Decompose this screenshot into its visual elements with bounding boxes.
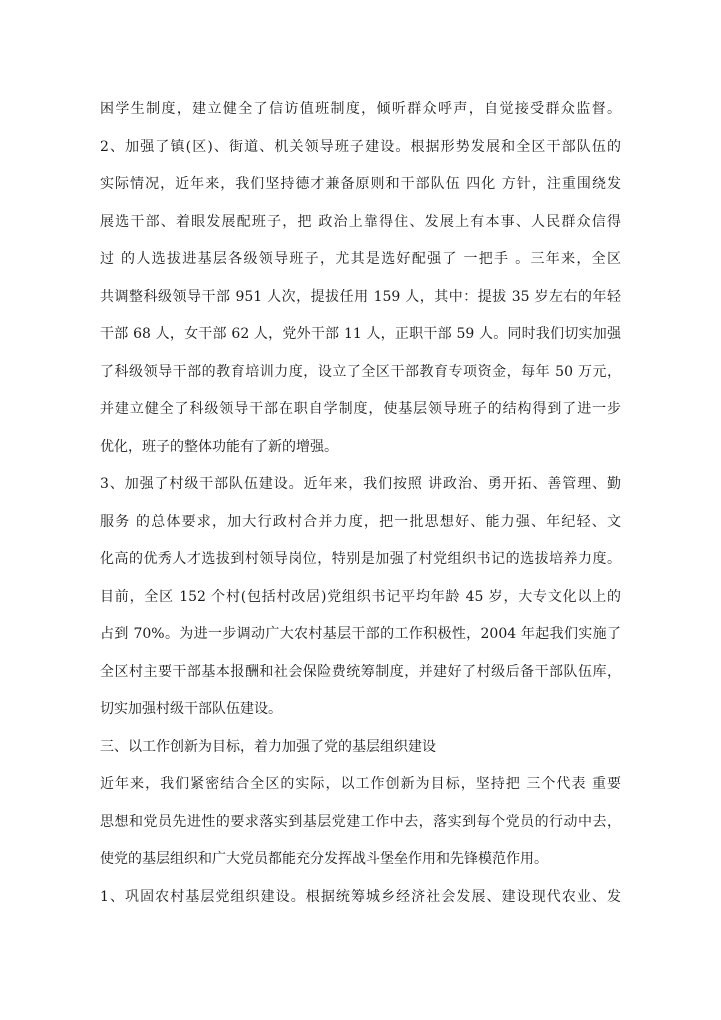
text-line: 实际情况，近年来，我们坚持德才兼备原则和干部队伍 四化 方针，注重围绕发 <box>100 166 621 204</box>
text-line: 全区村主要干部基本报酬和社会保险费统筹制度，并建好了村级后备干部队伍库， <box>100 654 621 692</box>
text-line: 困学生制度，建立健全了信访值班制度，倾听群众呼声，自觉接受群众监督。 <box>100 91 621 129</box>
text-line-paragraph-end: 优化，班子的整体功能有了新的增强。 <box>100 429 621 467</box>
document-page: 困学生制度，建立健全了信访值班制度，倾听群众呼声，自觉接受群众监督。 2、加强了… <box>0 0 721 1020</box>
text-line: 目前，全区 152 个村(包括村改居)党组织书记平均年龄 45 岁，大专文化以上… <box>100 579 621 617</box>
text-line: 近年来，我们紧密结合全区的实际，以工作创新为目标，坚持把 三个代表 重要 <box>100 766 621 804</box>
text-line: 服务 的总体要求，加大行政村合并力度，把一批思想好、能力强、年纪轻、文 <box>100 504 621 542</box>
text-line: 化高的优秀人才选拔到村领导岗位，特别是加强了村党组织书记的选拔培养力度。 <box>100 541 621 579</box>
text-line: 3、加强了村级干部队伍建设。近年来，我们按照 讲政治、勇开拓、善管理、勤 <box>100 466 621 504</box>
text-line: 共调整科级领导干部 951 人次，提拔任用 159 人，其中：提拔 35 岁左右… <box>100 279 621 317</box>
text-line: 干部 68 人，女干部 62 人，党外干部 11 人，正职干部 59 人。同时我… <box>100 316 621 354</box>
text-line: 2、加强了镇(区)、街道、机关领导班子建设。根据形势发展和全区干部队伍的 <box>100 129 621 167</box>
document-text-block: 困学生制度，建立健全了信访值班制度，倾听群众呼声，自觉接受群众监督。 2、加强了… <box>100 91 621 916</box>
text-line-paragraph-end: 使党的基层组织和广大党员都能充分发挥战斗堡垒作用和先锋模范作用。 <box>100 841 621 879</box>
text-line-paragraph-end: 切实加强村级干部队伍建设。 <box>100 691 621 729</box>
text-line: 思想和党员先进性的要求落实到基层党建工作中去，落实到每个党员的行动中去， <box>100 804 621 842</box>
text-line: 占到 70%。为进一步调动广大农村基层干部的工作积极性，2004 年起我们实施了 <box>100 616 621 654</box>
section-heading: 三、以工作创新为目标，着力加强了党的基层组织建设 <box>100 729 621 767</box>
text-line: 1、巩固农村基层党组织建设。根据统筹城乡经济社会发展、建设现代农业、发 <box>100 879 621 917</box>
text-line: 展选干部、着眼发展配班子，把 政治上靠得住、发展上有本事、人民群众信得 <box>100 204 621 242</box>
text-line: 过 的人选拔进基层各级领导班子，尤其是选好配强了 一把手 。三年来，全区 <box>100 241 621 279</box>
text-line: 了科级领导干部的教育培训力度，设立了全区干部教育专项资金，每年 50 万元， <box>100 354 621 392</box>
text-line: 并建立健全了科级领导干部在职自学制度，使基层领导班子的结构得到了进一步 <box>100 391 621 429</box>
